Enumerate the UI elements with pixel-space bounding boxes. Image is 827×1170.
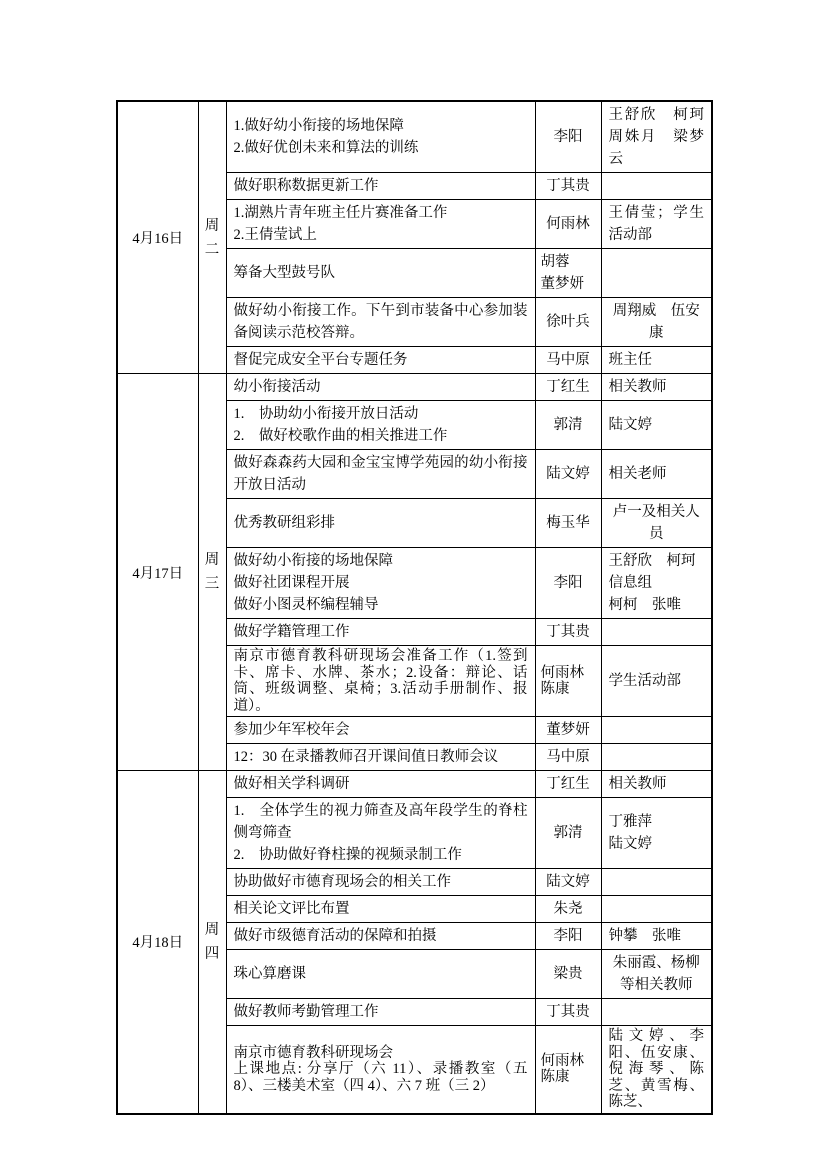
- person-line: 丁红生: [540, 773, 597, 795]
- related-line: 学生活动部: [609, 673, 705, 690]
- weekday-char: 三: [200, 572, 225, 596]
- related-cell: [601, 896, 712, 923]
- related-cell: 学生活动部: [601, 646, 712, 717]
- person-cell: 丁其贵: [535, 999, 601, 1026]
- person-cell: 梁贵: [535, 950, 601, 999]
- person-cell: 何雨林陈康: [535, 1026, 601, 1114]
- related-line: 相关老师: [609, 463, 705, 485]
- person-cell: 郭清: [535, 401, 601, 450]
- related-line: 相关教师: [609, 376, 705, 398]
- related-line: 朱丽霞、杨柳等相关教师: [609, 952, 705, 996]
- related-cell: 王倩莹；学生活动部: [601, 200, 712, 249]
- related-cell: [601, 249, 712, 298]
- task-line: 协助做好市德育现场会的相关工作: [234, 871, 528, 893]
- task-line: 珠心算磨课: [234, 963, 528, 985]
- task-line: 做好市级德育活动的保障和拍摄: [234, 925, 528, 947]
- task-line: 1.湖熟片青年班主任片赛准备工作: [234, 202, 528, 224]
- person-cell: 何雨林陈康: [535, 646, 601, 717]
- task-line: 做好职称数据更新工作: [234, 175, 528, 197]
- related-line: 王舒欣 柯珂 周姝月 梁梦云: [609, 104, 705, 170]
- related-line: 卢一及相关人员: [609, 501, 705, 545]
- person-line: 胡蓉: [541, 251, 596, 273]
- weekday-char: 周: [200, 214, 225, 238]
- date-cell: 4月17日: [117, 374, 198, 771]
- person-cell: 丁其贵: [535, 173, 601, 200]
- weekday-char: 二: [200, 238, 225, 262]
- related-line: 丁雅萍: [609, 811, 705, 833]
- weekday-char: 周: [200, 918, 225, 942]
- related-cell: 朱丽霞、杨柳等相关教师: [601, 950, 712, 999]
- table-row: 4月16日周二1.做好幼小衔接的场地保障2.做好优创未来和算法的训练李阳王舒欣 …: [117, 101, 712, 173]
- related-line: 陆文婷: [609, 833, 705, 855]
- task-line: 南京市德育教科研现场会准备工作（1.签到卡、席卡、水牌、茶水；2.设备：辩论、话…: [234, 648, 528, 714]
- task-line: 优秀教研组彩排: [234, 512, 528, 534]
- task-cell: 南京市德育教科研现场会上课地点: 分享厅（六 11）、录播教室（五 8）、三楼美…: [226, 1026, 535, 1114]
- task-line: 做好社团课程开展: [234, 572, 528, 594]
- person-cell: 何雨林: [535, 200, 601, 249]
- date-cell: 4月16日: [117, 101, 198, 374]
- task-cell: 做好职称数据更新工作: [226, 173, 535, 200]
- person-line: 何雨林: [541, 665, 596, 682]
- person-line: 董梦妍: [540, 719, 597, 741]
- task-line: 做好相关学科调研: [234, 773, 528, 795]
- task-cell: 优秀教研组彩排: [226, 499, 535, 548]
- related-cell: 相关老师: [601, 450, 712, 499]
- task-line: 做好森森药大园和金宝宝博学苑园的幼小衔接开放日活动: [234, 452, 528, 496]
- person-line: 徐叶兵: [540, 311, 597, 333]
- related-line: 王舒欣 柯珂: [609, 550, 705, 572]
- person-cell: 马中原: [535, 347, 601, 374]
- table-row: 4月18日周四做好相关学科调研丁红生相关教师: [117, 771, 712, 798]
- task-cell: 做好学籍管理工作: [226, 619, 535, 646]
- related-line: 信息组: [609, 572, 705, 594]
- person-line: 李阳: [540, 126, 597, 148]
- task-cell: 珠心算磨课: [226, 950, 535, 999]
- related-cell: 周翔威 伍安康: [601, 298, 712, 347]
- person-line: 郭清: [540, 414, 597, 436]
- related-cell: [601, 173, 712, 200]
- person-cell: 胡蓉董梦妍: [535, 249, 601, 298]
- related-cell: 王舒欣 柯珂信息组柯柯 张唯: [601, 548, 712, 619]
- person-cell: 董梦妍: [535, 717, 601, 744]
- task-cell: 做好森森药大园和金宝宝博学苑园的幼小衔接开放日活动: [226, 450, 535, 499]
- related-cell: 陆文婷: [601, 401, 712, 450]
- task-line: 筹备大型鼓号队: [234, 262, 528, 284]
- task-cell: 督促完成安全平台专题任务: [226, 347, 535, 374]
- related-line: 周翔威 伍安康: [609, 300, 705, 344]
- task-line: 参加少年军校年会: [234, 719, 528, 741]
- task-line: 做好教师考勤管理工作: [234, 1001, 528, 1023]
- weekday-cell: 周三: [198, 374, 226, 771]
- task-line: 1.做好幼小衔接的场地保障: [234, 115, 528, 137]
- related-cell: [601, 619, 712, 646]
- related-cell: 相关教师: [601, 771, 712, 798]
- person-line: 丁其贵: [540, 1001, 597, 1023]
- task-cell: 做好相关学科调研: [226, 771, 535, 798]
- person-cell: 徐叶兵: [535, 298, 601, 347]
- related-cell: 王舒欣 柯珂 周姝月 梁梦云: [601, 101, 712, 173]
- task-cell: 参加少年军校年会: [226, 717, 535, 744]
- weekday-cell: 周四: [198, 771, 226, 1114]
- weekday-cell: 周二: [198, 101, 226, 374]
- task-cell: 1.湖熟片青年班主任片赛准备工作2.王倩莹试上: [226, 200, 535, 249]
- person-line: 李阳: [540, 925, 597, 947]
- person-cell: 丁红生: [535, 374, 601, 401]
- task-line: 做好幼小衔接的场地保障: [234, 550, 528, 572]
- task-line: 幼小衔接活动: [234, 376, 528, 398]
- person-line: 陈康: [541, 1069, 596, 1086]
- task-line: 做好学籍管理工作: [234, 621, 528, 643]
- task-line: 1. 协助幼小衔接开放日活动: [234, 403, 528, 425]
- task-cell: 相关论文评比布置: [226, 896, 535, 923]
- schedule-table-body: 4月16日周二1.做好幼小衔接的场地保障2.做好优创未来和算法的训练李阳王舒欣 …: [117, 101, 712, 1114]
- date-cell: 4月18日: [117, 771, 198, 1114]
- task-line: 2.王倩莹试上: [234, 224, 528, 246]
- task-line: 做好幼小衔接工作。下午到市装备中心参加装备阅读示范校答辩。: [234, 300, 528, 344]
- weekday-char: 周: [200, 548, 225, 572]
- person-line: 丁红生: [540, 376, 597, 398]
- person-line: 丁其贵: [540, 621, 597, 643]
- related-cell: [601, 717, 712, 744]
- person-line: 董梦妍: [541, 273, 596, 295]
- task-line: 2. 做好校歌作曲的相关推进工作: [234, 425, 528, 447]
- related-cell: 卢一及相关人员: [601, 499, 712, 548]
- person-line: 马中原: [540, 349, 597, 371]
- related-line: 钟攀 张唯: [609, 925, 705, 947]
- task-cell: 协助做好市德育现场会的相关工作: [226, 869, 535, 896]
- person-line: 陈康: [541, 681, 596, 698]
- task-cell: 筹备大型鼓号队: [226, 249, 535, 298]
- task-line: 2.做好优创未来和算法的训练: [234, 137, 528, 159]
- person-cell: 郭清: [535, 798, 601, 869]
- person-line: 郭清: [540, 822, 597, 844]
- task-cell: 12：30 在录播教师召开课间值日教师会议: [226, 744, 535, 771]
- person-line: 梁贵: [540, 963, 597, 985]
- related-line: 柯柯 张唯: [609, 594, 705, 616]
- task-cell: 1.做好幼小衔接的场地保障2.做好优创未来和算法的训练: [226, 101, 535, 173]
- weekday-char: 四: [200, 942, 225, 966]
- person-cell: 李阳: [535, 923, 601, 950]
- table-row: 4月17日周三幼小衔接活动丁红生相关教师: [117, 374, 712, 401]
- person-cell: 陆文婷: [535, 450, 601, 499]
- task-cell: 1. 全体学生的视力筛查及高年段学生的脊柱侧弯筛查2. 协助做好脊柱操的视频录制…: [226, 798, 535, 869]
- person-line: 梅玉华: [540, 512, 597, 534]
- task-line: 2. 协助做好脊柱操的视频录制工作: [234, 844, 528, 866]
- person-cell: 李阳: [535, 548, 601, 619]
- related-line: 相关教师: [609, 773, 705, 795]
- document-page: 4月16日周二1.做好幼小衔接的场地保障2.做好优创未来和算法的训练李阳王舒欣 …: [0, 0, 827, 1170]
- person-cell: 丁红生: [535, 771, 601, 798]
- related-cell: 班主任: [601, 347, 712, 374]
- schedule-table: 4月16日周二1.做好幼小衔接的场地保障2.做好优创未来和算法的训练李阳王舒欣 …: [116, 100, 713, 1115]
- related-cell: 陆文婷、李阳、伍安康、倪海琴、陈芝、黄雪梅、陈芝、: [601, 1026, 712, 1114]
- task-line: 做好小图灵杯编程辅导: [234, 594, 528, 616]
- related-line: 陆文婷、李阳、伍安康、倪海琴、陈芝、黄雪梅、陈芝、: [609, 1028, 705, 1111]
- related-cell: 相关教师: [601, 374, 712, 401]
- task-line: 相关论文评比布置: [234, 898, 528, 920]
- task-cell: 做好幼小衔接的场地保障做好社团课程开展做好小图灵杯编程辅导: [226, 548, 535, 619]
- task-line: 南京市德育教科研现场会: [234, 1045, 528, 1062]
- related-cell: [601, 744, 712, 771]
- person-line: 李阳: [540, 572, 597, 594]
- task-cell: 做好幼小衔接工作。下午到市装备中心参加装备阅读示范校答辩。: [226, 298, 535, 347]
- task-cell: 南京市德育教科研现场会准备工作（1.签到卡、席卡、水牌、茶水；2.设备：辩论、话…: [226, 646, 535, 717]
- person-line: 陆文婷: [540, 871, 597, 893]
- related-cell: [601, 869, 712, 896]
- task-line: 上课地点: 分享厅（六 11）、录播教室（五 8）、三楼美术室（四 4）、六 7…: [234, 1061, 528, 1094]
- task-cell: 1. 协助幼小衔接开放日活动2. 做好校歌作曲的相关推进工作: [226, 401, 535, 450]
- person-line: 马中原: [540, 746, 597, 768]
- person-line: 何雨林: [540, 213, 597, 235]
- task-line: 12：30 在录播教师召开课间值日教师会议: [234, 746, 528, 768]
- person-line: 丁其贵: [540, 175, 597, 197]
- task-cell: 做好教师考勤管理工作: [226, 999, 535, 1026]
- person-line: 陆文婷: [540, 463, 597, 485]
- person-cell: 马中原: [535, 744, 601, 771]
- person-cell: 李阳: [535, 101, 601, 173]
- person-line: 朱尧: [540, 898, 597, 920]
- related-line: 班主任: [609, 349, 705, 371]
- task-line: 督促完成安全平台专题任务: [234, 349, 528, 371]
- task-cell: 幼小衔接活动: [226, 374, 535, 401]
- related-line: 陆文婷: [609, 414, 705, 436]
- related-cell: 钟攀 张唯: [601, 923, 712, 950]
- person-cell: 陆文婷: [535, 869, 601, 896]
- related-line: 王倩莹；学生活动部: [609, 202, 705, 246]
- person-line: 何雨林: [541, 1053, 596, 1070]
- related-cell: 丁雅萍陆文婷: [601, 798, 712, 869]
- related-cell: [601, 999, 712, 1026]
- task-line: 1. 全体学生的视力筛查及高年段学生的脊柱侧弯筛查: [234, 800, 528, 844]
- person-cell: 丁其贵: [535, 619, 601, 646]
- person-cell: 梅玉华: [535, 499, 601, 548]
- task-cell: 做好市级德育活动的保障和拍摄: [226, 923, 535, 950]
- person-cell: 朱尧: [535, 896, 601, 923]
